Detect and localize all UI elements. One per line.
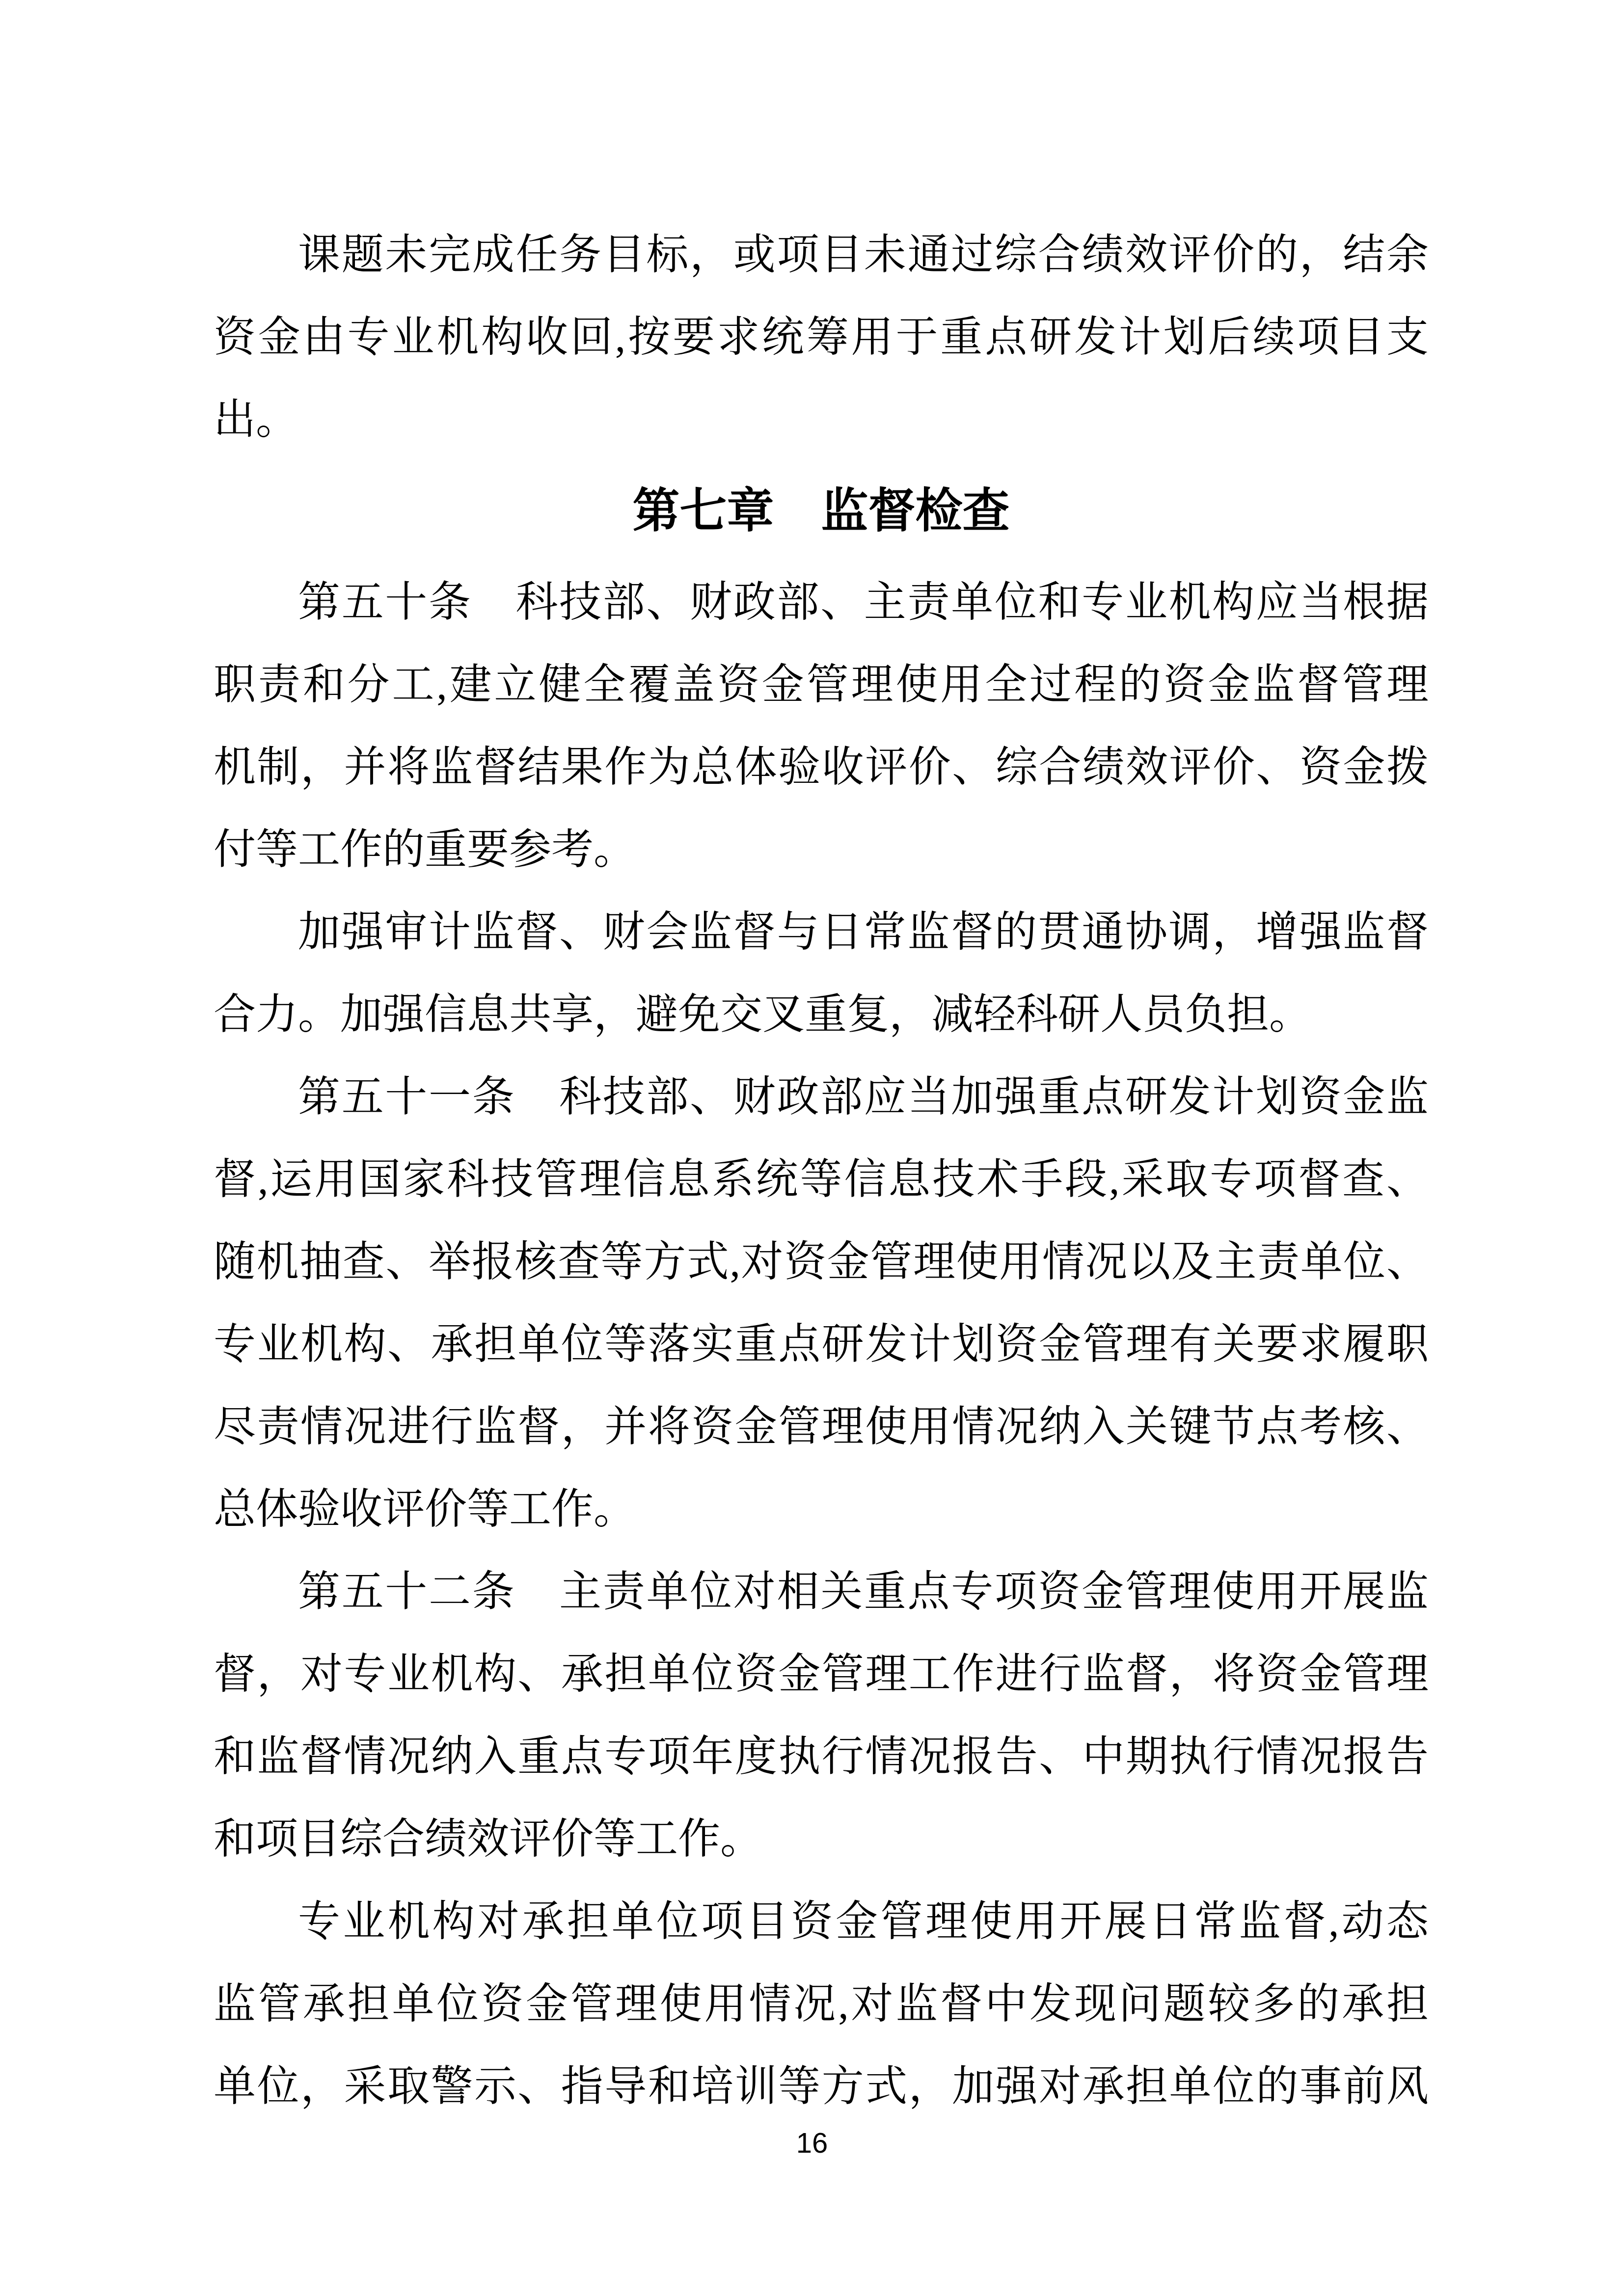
document-text-block: 课题未完成任务目标，或项目未通过综合绩效评价的，结余 资金由专业机构收回,按要求…	[214, 214, 1429, 2128]
body-line: 课题未完成任务目标，或项目未通过综合绩效评价的，结余	[214, 214, 1429, 296]
body-line: 督，对专业机构、承担单位资金管理工作进行监督，将资金管理	[214, 1633, 1429, 1715]
body-line: 总体验收评价等工作。	[214, 1468, 1429, 1550]
body-line: 加强审计监督、财会监督与日常监督的贯通协调，增强监督	[214, 891, 1429, 973]
page-number: 16	[0, 2126, 1624, 2161]
body-line: 督,运用国家科技管理信息系统等信息技术手段,采取专项督查、	[214, 1138, 1429, 1221]
body-line: 专业机构、承担单位等落实重点研发计划资金管理有关要求履职	[214, 1303, 1429, 1386]
body-line: 职责和分工,建立健全覆盖资金管理使用全过程的资金监督管理	[214, 643, 1429, 726]
body-line: 付等工作的重要参考。	[214, 808, 1429, 891]
body-line: 第五十一条 科技部、财政部应当加强重点研发计划资金监	[214, 1056, 1429, 1138]
body-line: 资金由专业机构收回,按要求统筹用于重点研发计划后续项目支	[214, 296, 1429, 378]
body-line: 合力。加强信息共享，避免交叉重复，减轻科研人员负担。	[214, 973, 1429, 1056]
chapter-heading: 第七章 监督检查	[214, 470, 1429, 552]
body-line: 和项目综合绩效评价等工作。	[214, 1798, 1429, 1880]
document-page: 课题未完成任务目标，或项目未通过综合绩效评价的，结余 资金由专业机构收回,按要求…	[0, 0, 1624, 2296]
body-line: 专业机构对承担单位项目资金管理使用开展日常监督,动态	[214, 1880, 1429, 1963]
body-line: 机制，并将监督结果作为总体验收评价、综合绩效评价、资金拨	[214, 726, 1429, 808]
body-line: 第五十二条 主责单位对相关重点专项资金管理使用开展监	[214, 1550, 1429, 1633]
body-line: 随机抽查、举报核查等方式,对资金管理使用情况以及主责单位、	[214, 1221, 1429, 1303]
body-line: 尽责情况进行监督，并将资金管理使用情况纳入关键节点考核、	[214, 1386, 1429, 1468]
body-line: 出。	[214, 378, 1429, 461]
body-line: 单位，采取警示、指导和培训等方式，加强对承担单位的事前风	[214, 2045, 1429, 2128]
body-line: 第五十条 科技部、财政部、主责单位和专业机构应当根据	[214, 561, 1429, 643]
body-line: 监管承担单位资金管理使用情况,对监督中发现问题较多的承担	[214, 1963, 1429, 2045]
body-line: 和监督情况纳入重点专项年度执行情况报告、中期执行情况报告	[214, 1715, 1429, 1798]
